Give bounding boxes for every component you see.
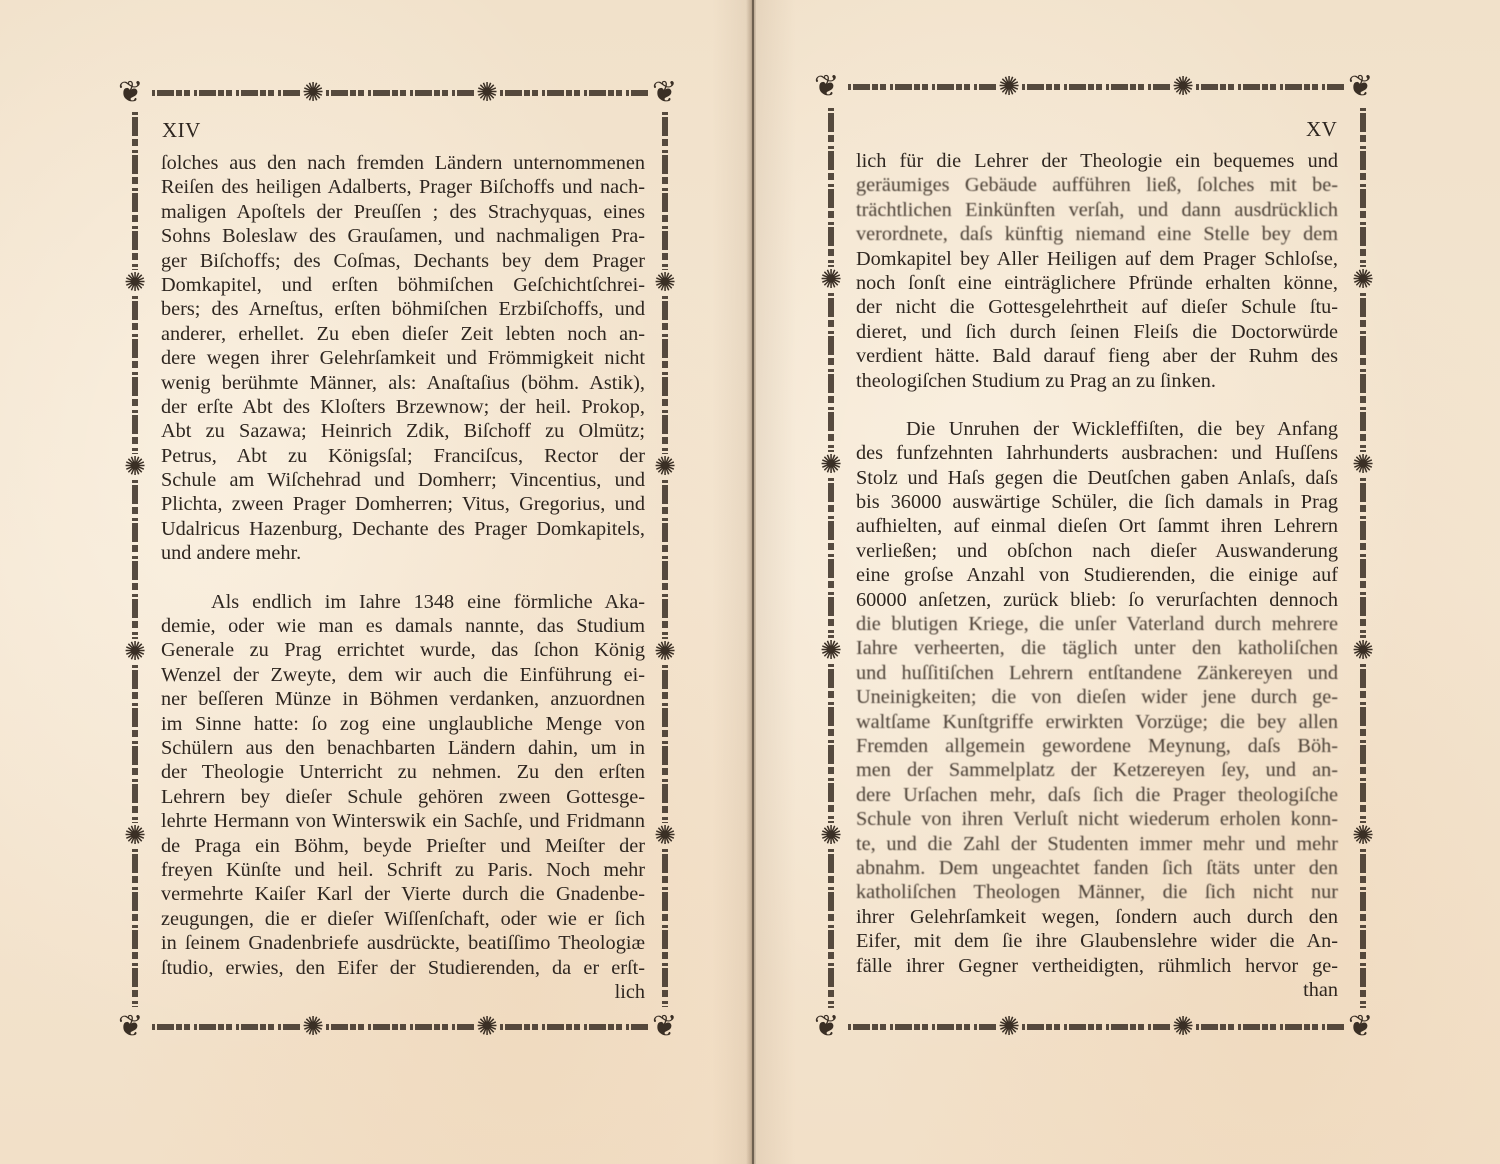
catchword: lich [161, 980, 645, 1004]
rosette-icon: ✺ [820, 452, 842, 478]
text-line: des funfzehnten Iahrhunderts ausbrachen:… [856, 441, 1338, 465]
scroll-ornament-icon [1357, 293, 1369, 452]
scroll-ornament-icon [1357, 108, 1369, 267]
text-line: men der Sammelplatz der Ketzereyen ſey, … [856, 758, 1338, 782]
scroll-ornament-icon [825, 849, 837, 1008]
rosette-icon: ✺ [1352, 267, 1374, 293]
text-line: der Theologie Unterricht zu nehmen. Zu d… [161, 760, 645, 784]
scroll-ornament-icon [848, 1021, 996, 1033]
text-line: und andere mehr. [161, 541, 645, 565]
rosette-icon: ✺ [998, 74, 1020, 100]
scroll-ornament-icon [825, 293, 837, 452]
text-line: abnahm. Dem ungeachtet fanden ſich ſtäts… [856, 856, 1338, 880]
rosette-icon: ✺ [124, 639, 146, 665]
scroll-ornament-icon [1196, 81, 1344, 93]
text-line: ſolches aus den nach fremden Ländern unt… [161, 151, 645, 175]
text-line: dere wegen ihrer Gelehrſamkeit und Frömm… [161, 346, 645, 370]
rosette-icon: ✺ [654, 639, 676, 665]
text-line: Eifer, mit dem ſie ihre Glaubenslehre wi… [856, 929, 1338, 953]
text-line: Domkapitel bey Aller Heiligen auf dem Pr… [856, 247, 1338, 271]
text-line: lich für die Lehrer der Theologie ein be… [856, 149, 1338, 173]
right-border-ornament: ✺ ✺ ✺ ✺ [652, 112, 678, 1007]
left-page-text: ſolches aus den nach fremden Ländern unt… [161, 151, 645, 1004]
text-line: der nicht die Gottesgelehrtheit auf dieſ… [856, 295, 1338, 319]
text-line: fälle ihrer Gegner vertheidigten, rühmli… [856, 954, 1338, 978]
text-line: ihrer Gelehrſamkeit wegen, ſondern auch … [856, 905, 1338, 929]
scroll-ornament-icon [129, 480, 141, 638]
text-line: im Sinne hatte: ſo zog eine unglaubliche… [161, 712, 645, 736]
text-line: Stolz und Haſs gegen die Deutſchen gaben… [856, 466, 1338, 490]
paragraph-gap [161, 566, 645, 590]
rosette-icon: ✺ [998, 1014, 1020, 1040]
text-line: katholiſchen Theologen Männer, die ſich … [856, 880, 1338, 904]
rosette-icon: ✺ [302, 1014, 324, 1040]
scroll-ornament-icon [326, 1021, 474, 1033]
book-spread: ❦ ✺ ✺ ❦ ✺ ✺ ✺ ✺ ✺ ✺ ✺ [0, 0, 1500, 1164]
scroll-ornament-icon [1022, 81, 1170, 93]
rosette-icon: ✺ [124, 823, 146, 849]
text-line: aufhielten, auf einmal dieſen Ort ſammt … [856, 514, 1338, 538]
rosette-icon: ✺ [476, 80, 498, 106]
text-line: anderer, erhellet. Zu eben dieſer Zeit l… [161, 322, 645, 346]
text-line: maligen Apoſtels der Preuſſen ; des Stra… [161, 200, 645, 224]
scroll-ornament-icon [1196, 1021, 1344, 1033]
text-line: ner beſſeren Münze in Böhmen verdanken, … [161, 687, 645, 711]
text-line: ger Biſchoffs; des Coſmas, Dechants bey … [161, 249, 645, 273]
rosette-icon: ✺ [124, 454, 146, 480]
text-line: lehrte Hermann von Winterswik ein Sachſe… [161, 809, 645, 833]
scroll-ornament-icon [848, 81, 996, 93]
right-border-ornament: ✺ ✺ ✺ ✺ [1350, 108, 1376, 1008]
scroll-ornament-icon [500, 1021, 648, 1033]
corner-ornament-icon: ❦ [1348, 1012, 1373, 1042]
text-line: Uneinigkeiten; die von dieſen wider jene… [856, 685, 1338, 709]
text-line: Udalricus Hazenburg, Dechante des Prager… [161, 517, 645, 541]
scroll-ornament-icon [129, 112, 141, 270]
top-border-ornament: ✺ ✺ [150, 78, 650, 108]
scroll-ornament-icon [1022, 1021, 1170, 1033]
page-number: XV [1306, 117, 1337, 142]
scroll-ornament-icon [129, 665, 141, 823]
rosette-icon: ✺ [654, 823, 676, 849]
text-line: Fremden allgemein gewordene Meynung, daſ… [856, 734, 1338, 758]
text-line: Domkapitel, und erſten böhmiſchen Geſchi… [161, 273, 645, 297]
text-line: Wenzel der Zweyte, dem wir auch die Einf… [161, 663, 645, 687]
text-line: Schule am Wiſchehrad und Domherr; Vincen… [161, 468, 645, 492]
text-line: waltſame Kunſtgriffe erwirkten Vorzüge; … [856, 710, 1338, 734]
text-line: Schülern aus den benachbarten Ländern da… [161, 736, 645, 760]
text-line: demie, oder wie man es damals nannte, da… [161, 614, 645, 638]
text-line: die blutigen Kriege, die unſer Vaterland… [856, 612, 1338, 636]
scroll-ornament-icon [1357, 478, 1369, 637]
scroll-ornament-icon [129, 849, 141, 1007]
catchword: than [856, 978, 1338, 1002]
text-line: Reiſen des heiligen Adalberts, Prager Bi… [161, 175, 645, 199]
text-line: freyen Künſte und heil. Schrift zu Paris… [161, 858, 645, 882]
text-line: Plichta, zween Prager Domherren; Vitus, … [161, 492, 645, 516]
text-line: und huſſitiſchen Lehrern entſtandene Zän… [856, 661, 1338, 685]
scroll-ornament-icon [1357, 664, 1369, 823]
rosette-icon: ✺ [1172, 1014, 1194, 1040]
corner-ornament-icon: ❦ [652, 1012, 677, 1042]
corner-ornament-icon: ❦ [1348, 72, 1373, 102]
corner-ornament-icon: ❦ [118, 1012, 143, 1042]
text-line: trächtlichen Einkünften verſah, und dann… [856, 198, 1338, 222]
text-line: eine groſse Anzahl von Studierenden, die… [856, 563, 1338, 587]
scroll-ornament-icon [326, 87, 474, 99]
rosette-icon: ✺ [1352, 452, 1374, 478]
rosette-icon: ✺ [1172, 74, 1194, 100]
text-line: in ſeinem Gnadenbriefe ausdrückte, beati… [161, 931, 645, 955]
rosette-icon: ✺ [302, 80, 324, 106]
text-line: wenig berühmte Männer, als: Anaſtaſius (… [161, 371, 645, 395]
corner-ornament-icon: ❦ [118, 78, 143, 108]
scroll-ornament-icon [825, 478, 837, 637]
scroll-ornament-icon [152, 87, 300, 99]
text-line: Als endlich im Iahre 1348 eine förmliche… [161, 590, 645, 614]
left-page: ❦ ✺ ✺ ❦ ✺ ✺ ✺ ✺ ✺ ✺ ✺ [0, 0, 752, 1164]
text-line: theologiſchen Studium zu Prag an zu ſink… [856, 369, 1338, 393]
text-line: verdient hätte. Bald darauf fieng aber d… [856, 344, 1338, 368]
bottom-border-ornament: ✺ ✺ [150, 1012, 650, 1042]
text-line: verordnete, daſs künftig niemand eine St… [856, 222, 1338, 246]
scroll-ornament-icon [659, 480, 671, 638]
text-line: vermehrte Kaiſer Karl der Vierte durch d… [161, 882, 645, 906]
text-line: geräumiges Gebäude aufführen ließ, ſolch… [856, 173, 1338, 197]
scroll-ornament-icon [1357, 849, 1369, 1008]
text-line: verließen; und obſchon nach dieſer Auswa… [856, 539, 1338, 563]
text-line: Iahre verheerten, die täglich unter den … [856, 636, 1338, 660]
paragraph-gap [856, 393, 1338, 417]
text-line: dere Urſachen mehr, daſs ſich die Prager… [856, 783, 1338, 807]
scroll-ornament-icon [825, 664, 837, 823]
text-line: dieret, und ſich durch ſeinen Fleiſs die… [856, 320, 1338, 344]
scroll-ornament-icon [825, 108, 837, 267]
text-line: ſtudio, erwies, den Eifer der Studierend… [161, 956, 645, 980]
page-number: XIV [162, 118, 201, 143]
rosette-icon: ✺ [820, 267, 842, 293]
rosette-icon: ✺ [124, 270, 146, 296]
corner-ornament-icon: ❦ [652, 78, 677, 108]
right-page-text: lich für die Lehrer der Theologie ein be… [856, 149, 1338, 1002]
left-border-ornament: ✺ ✺ ✺ ✺ [818, 108, 844, 1008]
scroll-ornament-icon [659, 849, 671, 1007]
text-line: de Praga ein Böhm, beyde Prieſter und Me… [161, 834, 645, 858]
rosette-icon: ✺ [820, 823, 842, 849]
rosette-icon: ✺ [476, 1014, 498, 1040]
scroll-ornament-icon [659, 112, 671, 270]
scroll-ornament-icon [659, 665, 671, 823]
text-line: noch ſonſt eine einträglichere Pfründe e… [856, 271, 1338, 295]
scroll-ornament-icon [129, 296, 141, 454]
text-line: Lehrern bey dieſer Schule gehören zween … [161, 785, 645, 809]
text-line: Abt zu Sazawa; Heinrich Zdik, Biſchoff z… [161, 419, 645, 443]
text-line: Sohns Boleslaw des Grauſamen, und nachma… [161, 224, 645, 248]
text-line: bers; des Arneſtus, erſten böhmiſchen Er… [161, 297, 645, 321]
text-line: zeugungen, die er dieſer Wiſſenſchaft, o… [161, 907, 645, 931]
right-page: ❦ ✺ ✺ ❦ ✺ ✺ ✺ ✺ ✺ ✺ ✺ [756, 0, 1500, 1164]
text-line: Die Unruhen der Wickleffiſten, die bey A… [856, 417, 1338, 441]
text-line: te, und die Zahl der Studenten immer meh… [856, 832, 1338, 856]
text-line: Petrus, Abt zu Königsſal; Franciſcus, Re… [161, 444, 645, 468]
rosette-icon: ✺ [654, 270, 676, 296]
rosette-icon: ✺ [654, 454, 676, 480]
top-border-ornament: ✺ ✺ [846, 72, 1346, 102]
rosette-icon: ✺ [820, 638, 842, 664]
text-line: bis 36000 auswärtige Schüler, die ſich d… [856, 490, 1338, 514]
text-line: der erſte Abt des Kloſters Brzewnow; der… [161, 395, 645, 419]
bottom-border-ornament: ✺ ✺ [846, 1012, 1346, 1042]
scroll-ornament-icon [500, 87, 648, 99]
scroll-ornament-icon [659, 296, 671, 454]
left-border-ornament: ✺ ✺ ✺ ✺ [122, 112, 148, 1007]
corner-ornament-icon: ❦ [814, 72, 839, 102]
corner-ornament-icon: ❦ [814, 1012, 839, 1042]
text-line: Generale zu Prag errichtet wurde, das ſc… [161, 638, 645, 662]
rosette-icon: ✺ [1352, 823, 1374, 849]
text-line: Schule von ihren Verluſt nicht wiederum … [856, 807, 1338, 831]
text-line: 60000 anſetzen, zurück blieb: ſo verurſa… [856, 588, 1338, 612]
scroll-ornament-icon [152, 1021, 300, 1033]
rosette-icon: ✺ [1352, 638, 1374, 664]
